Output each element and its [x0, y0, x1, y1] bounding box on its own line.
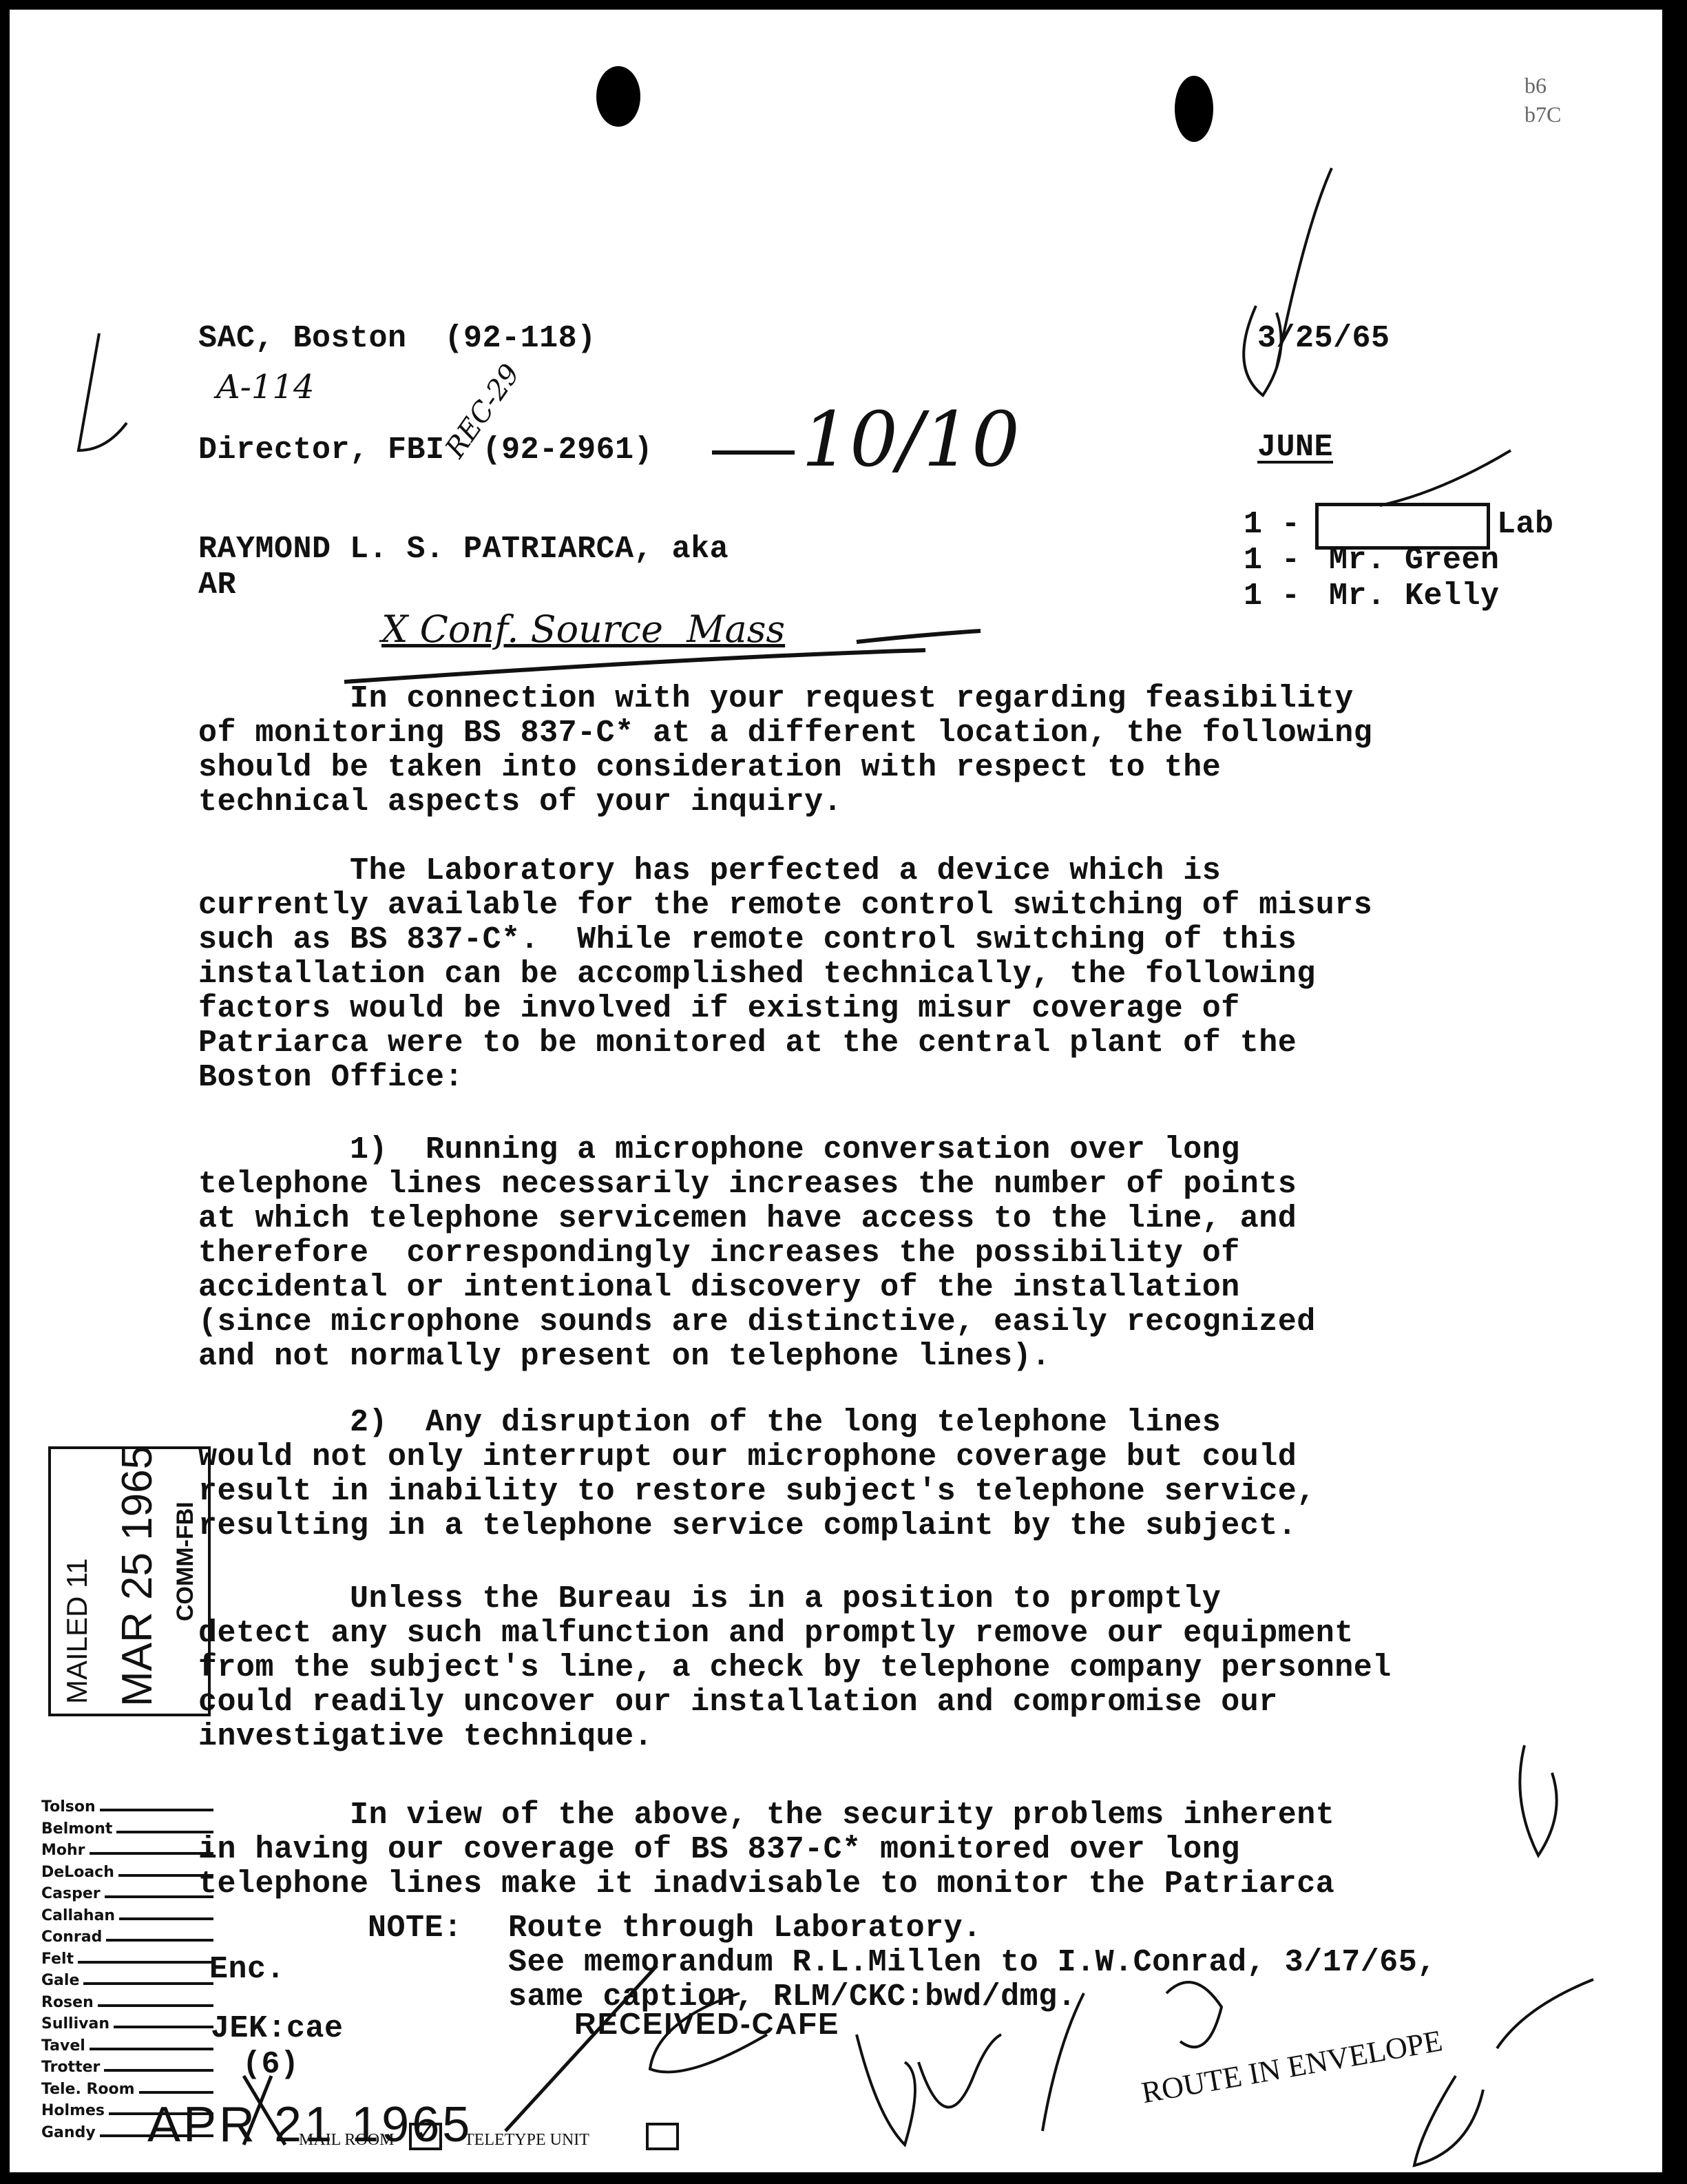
- document-page: b6 b7C SAC, Boston (92-118) A-114 Direct…: [10, 10, 1662, 2172]
- handwritten-marks: [10, 10, 1662, 2172]
